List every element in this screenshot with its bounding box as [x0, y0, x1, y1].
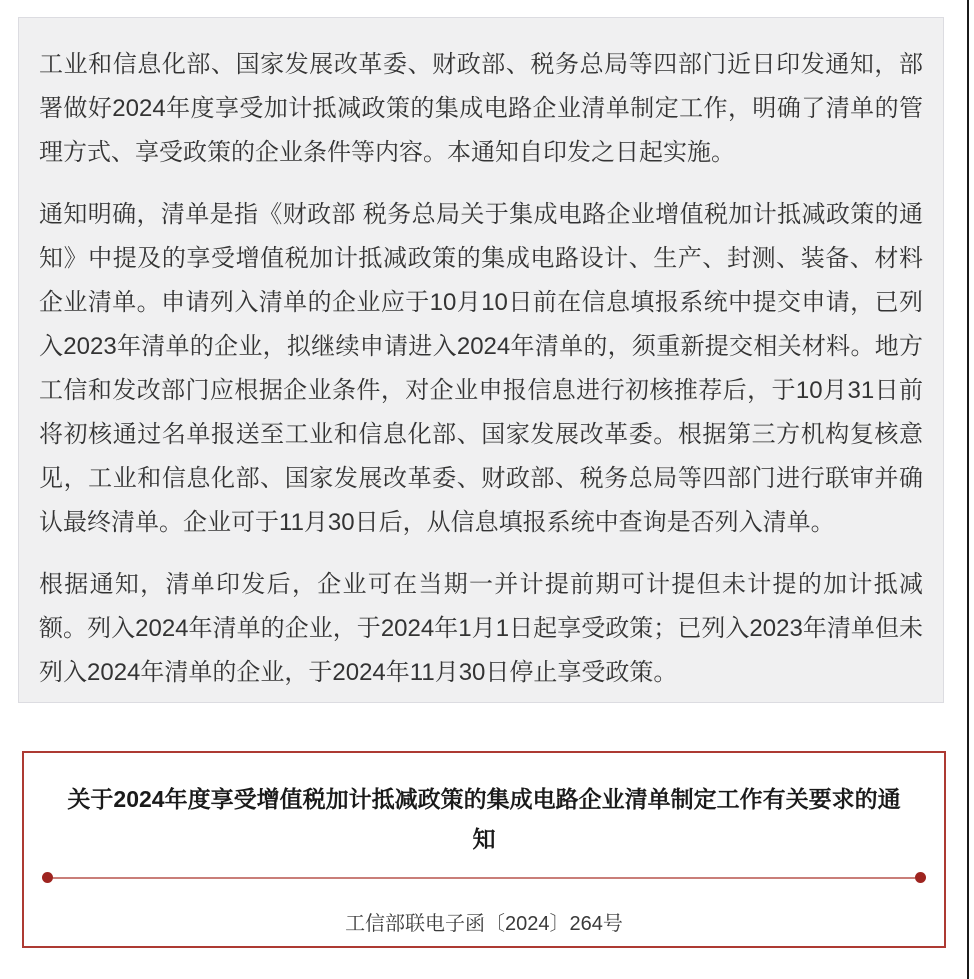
summary-paragraph-3: 根据通知，清单印发后，企业可在当期一并计提前期可计提但未计提的加计抵减额。列入2… [39, 563, 923, 695]
title-divider [42, 872, 926, 883]
divider-line [53, 877, 915, 879]
doc-number: 工信部联电子函〔2024〕264号 [24, 907, 944, 936]
summary-paragraph-2: 通知明确，清单是指《财政部 税务总局关于集成电路企业增值税加计抵减政策的通知》中… [39, 193, 923, 545]
notice-title-card: 关于2024年度享受增值税加计抵减政策的集成电路企业清单制定工作有关要求的通知 … [22, 751, 946, 948]
notice-title: 关于2024年度享受增值税加计抵减政策的集成电路企业清单制定工作有关要求的通知 [64, 779, 904, 859]
page-right-border [967, 0, 969, 979]
notice-summary-box: 工业和信息化部、国家发展改革委、财政部、税务总局等四部门近日印发通知，部署做好2… [18, 17, 944, 703]
divider-dot-right-icon [915, 872, 926, 883]
summary-paragraph-1: 工业和信息化部、国家发展改革委、财政部、税务总局等四部门近日印发通知，部署做好2… [39, 43, 923, 175]
divider-dot-left-icon [42, 872, 53, 883]
